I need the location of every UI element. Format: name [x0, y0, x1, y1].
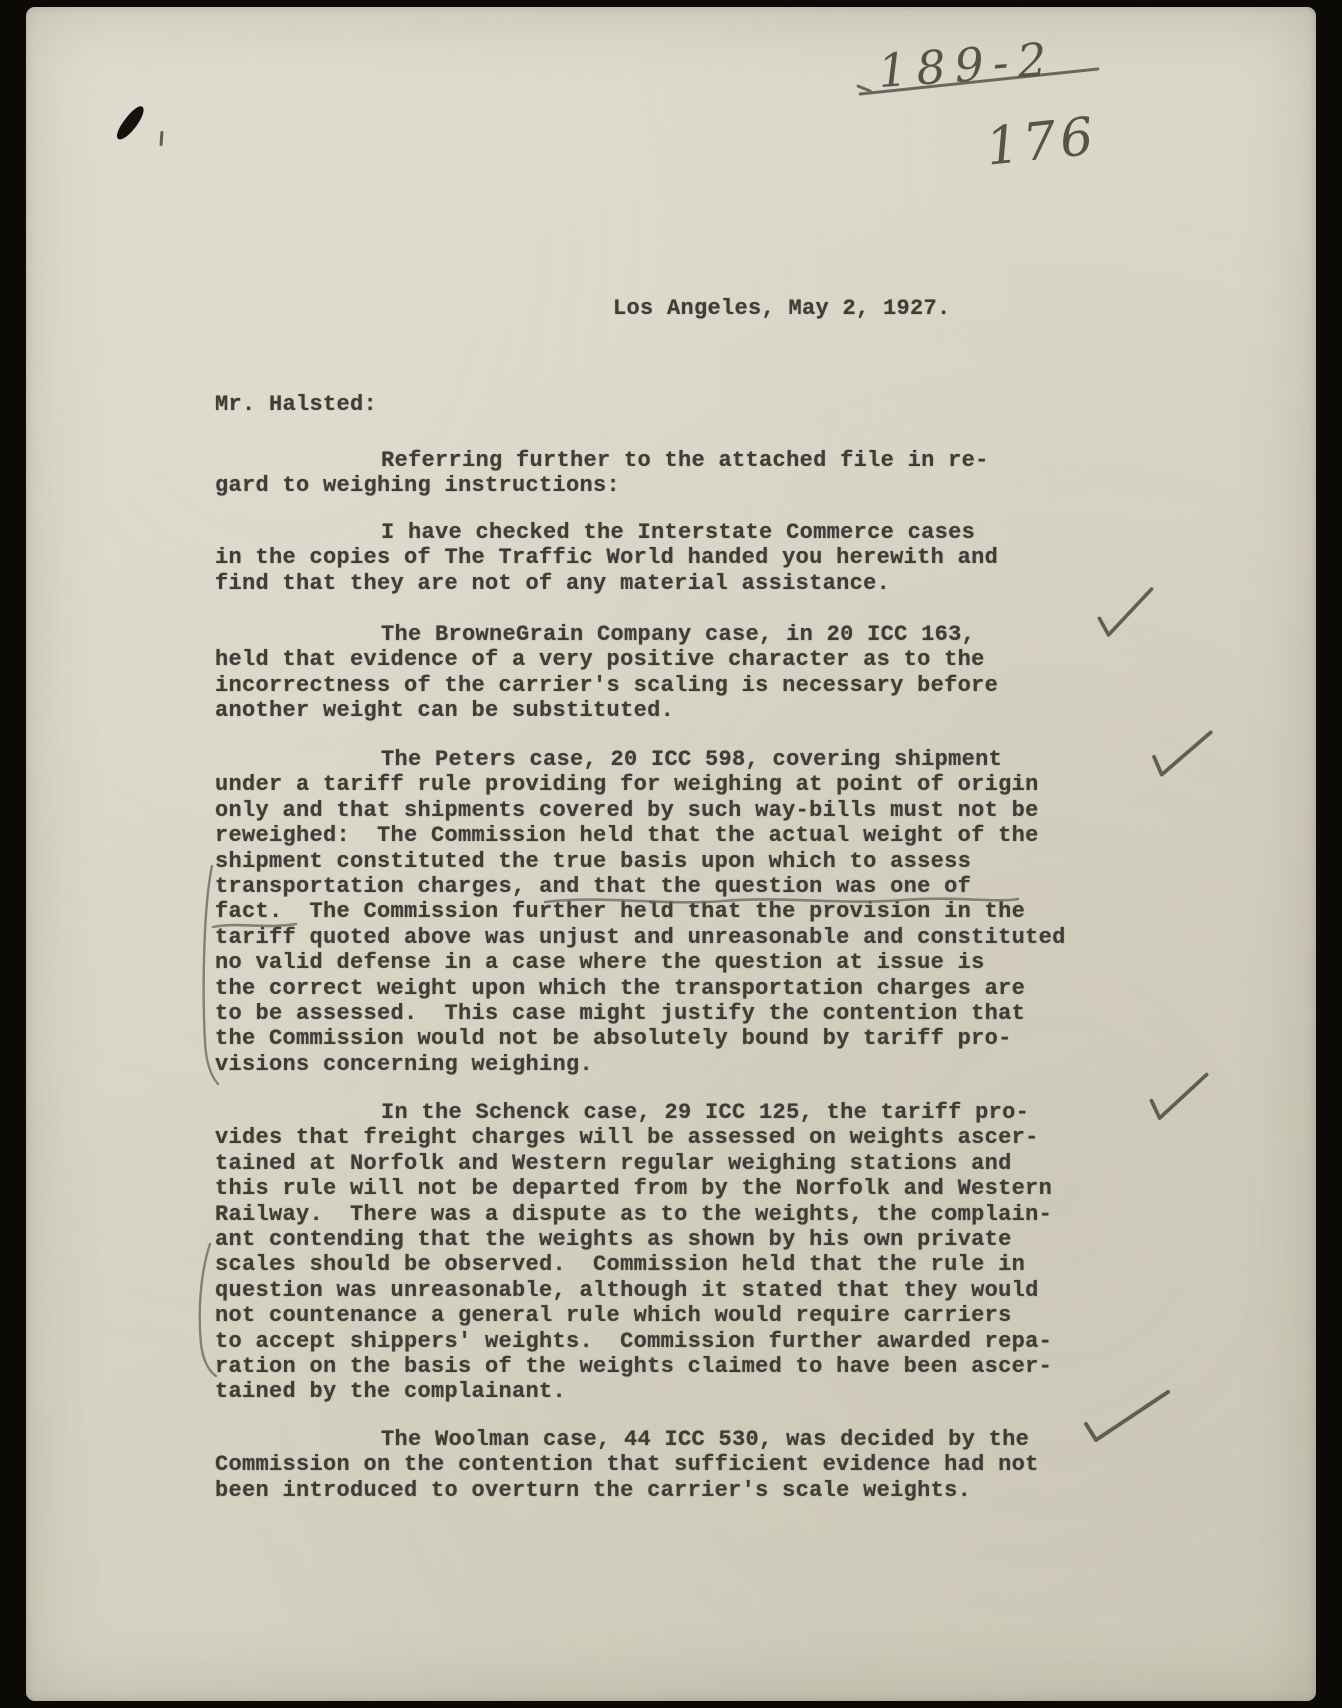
typed-line: Referring further to the attached file i… — [215, 448, 989, 473]
typed-line: to accept shippers' weights. Commission … — [215, 1329, 1052, 1354]
typed-line: shipment constituted the true basis upon… — [215, 849, 1066, 874]
typed-line: I have checked the Interstate Commerce c… — [215, 520, 998, 545]
typed-line: question was unreasonable, although it s… — [215, 1278, 1052, 1303]
typed-line: not countenance a general rule which wou… — [215, 1303, 1052, 1328]
typed-line: in the copies of The Traffic World hande… — [215, 545, 998, 570]
typed-line: Railway. There was a dispute as to the w… — [215, 1202, 1052, 1227]
paragraph-schenck-case: In the Schenck case, 29 ICC 125, the tar… — [215, 1100, 1052, 1405]
typed-line: another weight can be substituted. — [215, 698, 998, 723]
typed-line: this rule will not be departed from by t… — [215, 1176, 1052, 1201]
typed-line: ration on the basis of the weights claim… — [215, 1354, 1052, 1379]
typed-line: ant contending that the weights as shown… — [215, 1227, 1052, 1252]
typed-line: tained at Norfolk and Western regular we… — [215, 1151, 1052, 1176]
typed-line: reweighed: The Commission held that the … — [215, 823, 1066, 848]
typed-line: only and that shipments covered by such … — [215, 798, 1066, 823]
typed-line: under a tariff rule providing for weighi… — [215, 772, 1066, 797]
paragraph-intro: Referring further to the attached file i… — [215, 448, 989, 499]
typed-line: vides that freight charges will be asses… — [215, 1125, 1052, 1150]
paragraph-traffic-world: I have checked the Interstate Commerce c… — [215, 520, 998, 596]
pencil-checkmark-icon — [1145, 719, 1217, 788]
typed-line: scales should be observed. Commission he… — [215, 1252, 1052, 1277]
paragraph-woolman-case: The Woolman case, 44 ICC 530, was decide… — [215, 1427, 1039, 1503]
typed-line: been introduced to overturn the carrier'… — [215, 1478, 1039, 1503]
pencil-underline — [211, 919, 299, 933]
page-number-annotation: 176 — [983, 106, 1100, 177]
scanned-letter-page: 189-2 176 Los Angeles, May 2, 1927. Mr. … — [0, 0, 1342, 1708]
pencil-checkmark-icon — [1093, 583, 1157, 641]
paragraph-peters-case: The Peters case, 20 ICC 598, covering sh… — [215, 747, 1066, 1077]
typed-text: transportation charges, — [215, 874, 539, 899]
typed-line: find that they are not of any material a… — [215, 571, 998, 596]
typed-line: held that evidence of a very positive ch… — [215, 647, 998, 672]
pencil-margin-line — [193, 1242, 217, 1378]
typed-line: The Woolman case, 44 ICC 530, was decide… — [215, 1427, 1039, 1452]
typed-line: Commission on the contention that suffic… — [215, 1452, 1039, 1477]
dateline: Los Angeles, May 2, 1927. — [613, 296, 951, 321]
salutation: Mr. Halsted: — [215, 392, 377, 417]
typed-line: to be assessed. This case might justify … — [215, 1001, 1066, 1026]
typed-line: gard to weighing instructions: — [215, 473, 989, 498]
pencil-margin-line — [197, 864, 219, 1086]
typed-line: visions concerning weighing. — [215, 1052, 1066, 1077]
typed-line: tained by the complainant. — [215, 1379, 1052, 1404]
typed-line: the Commission would not be absolutely b… — [215, 1026, 1066, 1051]
typed-line: the correct weight upon which the transp… — [215, 976, 1066, 1001]
pencil-checkmark-icon — [1141, 1066, 1215, 1127]
typed-line: no valid defense in a case where the que… — [215, 950, 1066, 975]
typed-line: incorrectness of the carrier's scaling i… — [215, 673, 998, 698]
typed-line: The BrowneGrain Company case, in 20 ICC … — [215, 622, 998, 647]
typed-line: In the Schenck case, 29 ICC 125, the tar… — [215, 1100, 1052, 1125]
typed-line: The Peters case, 20 ICC 598, covering sh… — [215, 747, 1066, 772]
pencil-underline — [543, 893, 1021, 909]
paragraph-brownegrain-case: The BrowneGrain Company case, in 20 ICC … — [215, 622, 998, 724]
pencil-checkmark-icon — [1078, 1388, 1173, 1443]
typed-line: tariff quoted above was unjust and unrea… — [215, 925, 1066, 950]
